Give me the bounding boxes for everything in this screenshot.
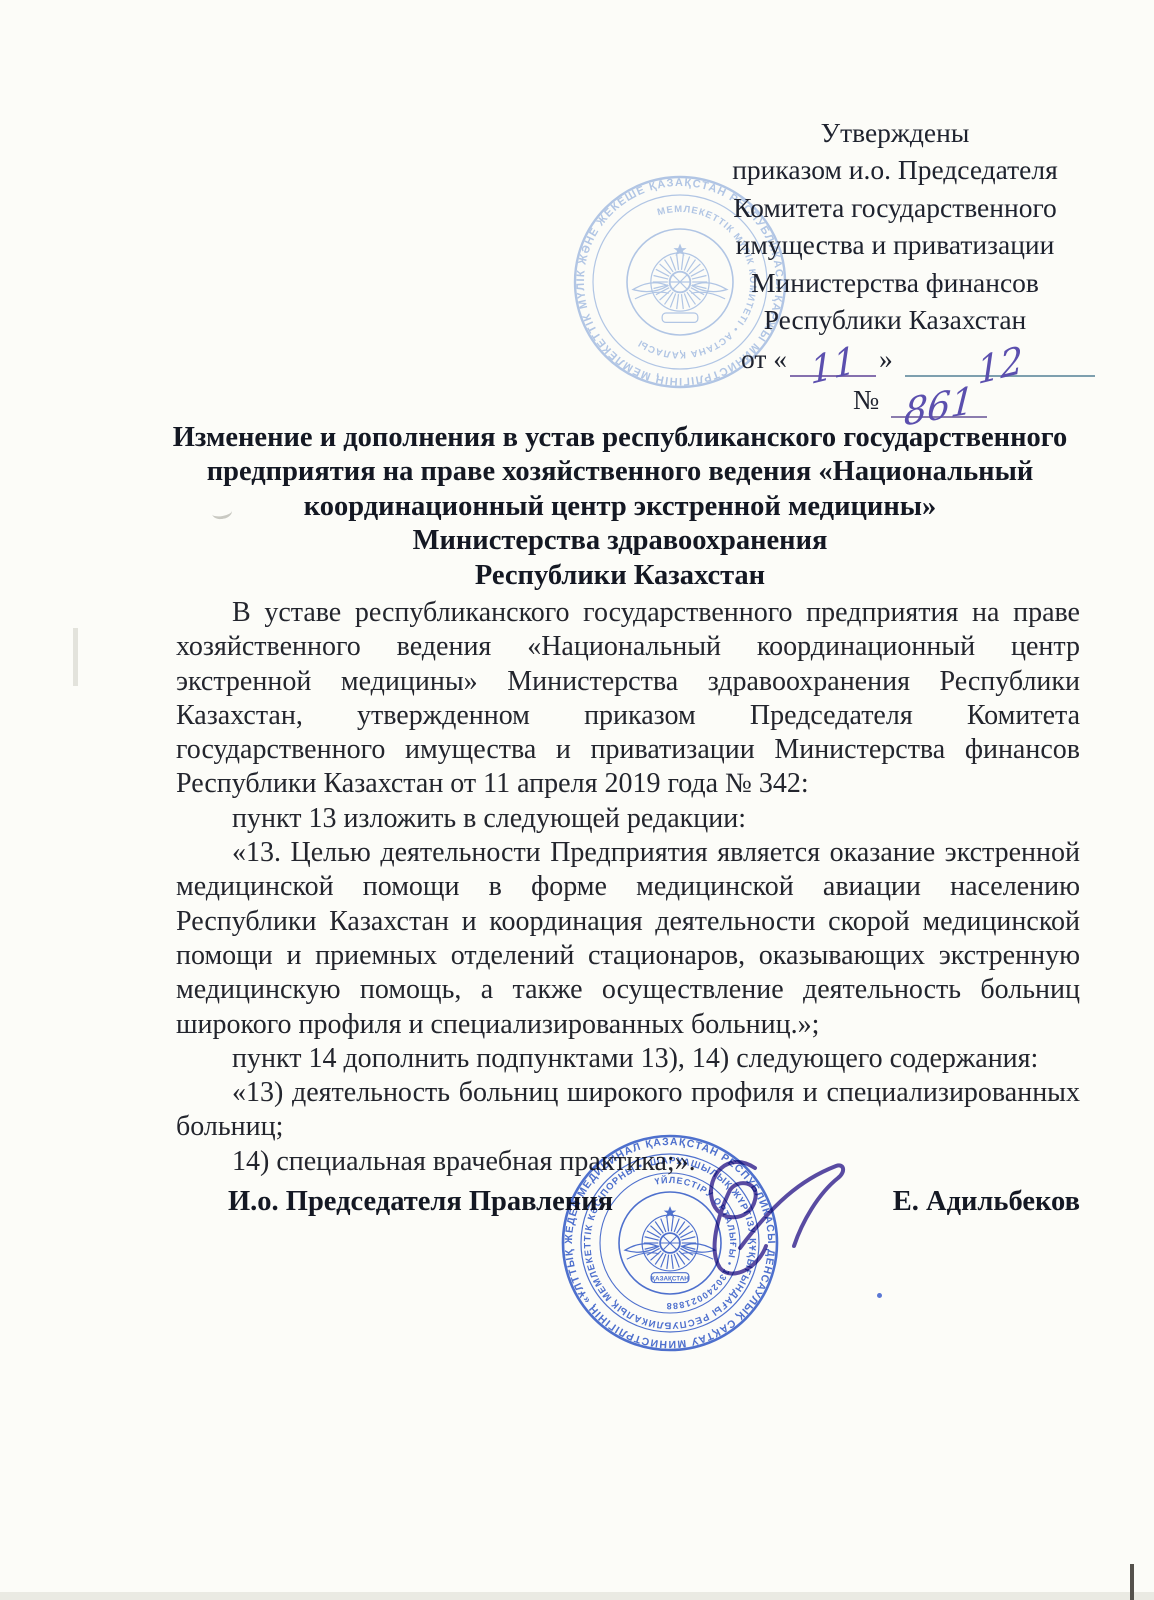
date-month-field: 12 [905, 339, 1095, 377]
title-line: Республики Казахстан [160, 559, 1080, 593]
title-line: Министерства здравоохранения [160, 524, 1080, 558]
title-line: координационный центр экстренной медицин… [160, 490, 1080, 524]
ink-dot [877, 1293, 882, 1298]
approval-line: Республики Казахстан [695, 301, 1095, 338]
approval-line: Утверждены [695, 114, 1095, 151]
paragraph: пункт 13 изложить в следующей редакции: [176, 802, 1080, 836]
date-prefix: от « [741, 340, 787, 377]
scan-corner-mark [1130, 1564, 1134, 1600]
approval-line: Комитета государственного [695, 189, 1095, 226]
title-line: предприятия на праве хозяйственного веде… [160, 455, 1080, 489]
date-day-field: 11 [790, 339, 876, 377]
number-label: № [853, 381, 879, 418]
approval-line: Министерства финансов [695, 264, 1095, 301]
paragraph: пункт 14 дополнить подпунктами 13), 14) … [176, 1042, 1080, 1076]
approval-line: имущества и приватизации [695, 226, 1095, 263]
paragraph: «13. Целью деятельности Предприятия явля… [176, 836, 1080, 1042]
signatory-position: И.о. Председателя Правления [176, 1186, 613, 1218]
approval-line: приказом и.о. Председателя [695, 151, 1095, 188]
paragraph: В уставе республиканского государственно… [176, 596, 1080, 802]
approval-block: Утверждены приказом и.о. Председателя Ко… [695, 114, 1095, 418]
document-title: Изменение и дополнения в устав республик… [160, 421, 1080, 593]
approval-number-row: № 861 [695, 380, 1095, 418]
document-page: ҚАЗАҚСТАН РЕСПУБЛИКАСЫ ҚАРЖЫ МИНИСТРЛІГІ… [0, 0, 1154, 1600]
document-body: В уставе республиканского государственно… [176, 596, 1080, 1179]
handwritten-day: 11 [810, 341, 857, 390]
stamp-center-label: ҚАЗАҚСТАН [651, 1275, 689, 1282]
scan-edge-dash [73, 628, 78, 686]
number-field: 861 [891, 380, 987, 418]
approval-date-row: от « 11 » 12 [695, 339, 1095, 377]
handwritten-signature [688, 1138, 868, 1298]
date-close-quote: » [879, 340, 893, 377]
signatory-name: Е. Адильбеков [893, 1186, 1080, 1218]
scan-edge-strip [0, 1592, 1154, 1600]
title-line: Изменение и дополнения в устав республик… [160, 421, 1080, 455]
